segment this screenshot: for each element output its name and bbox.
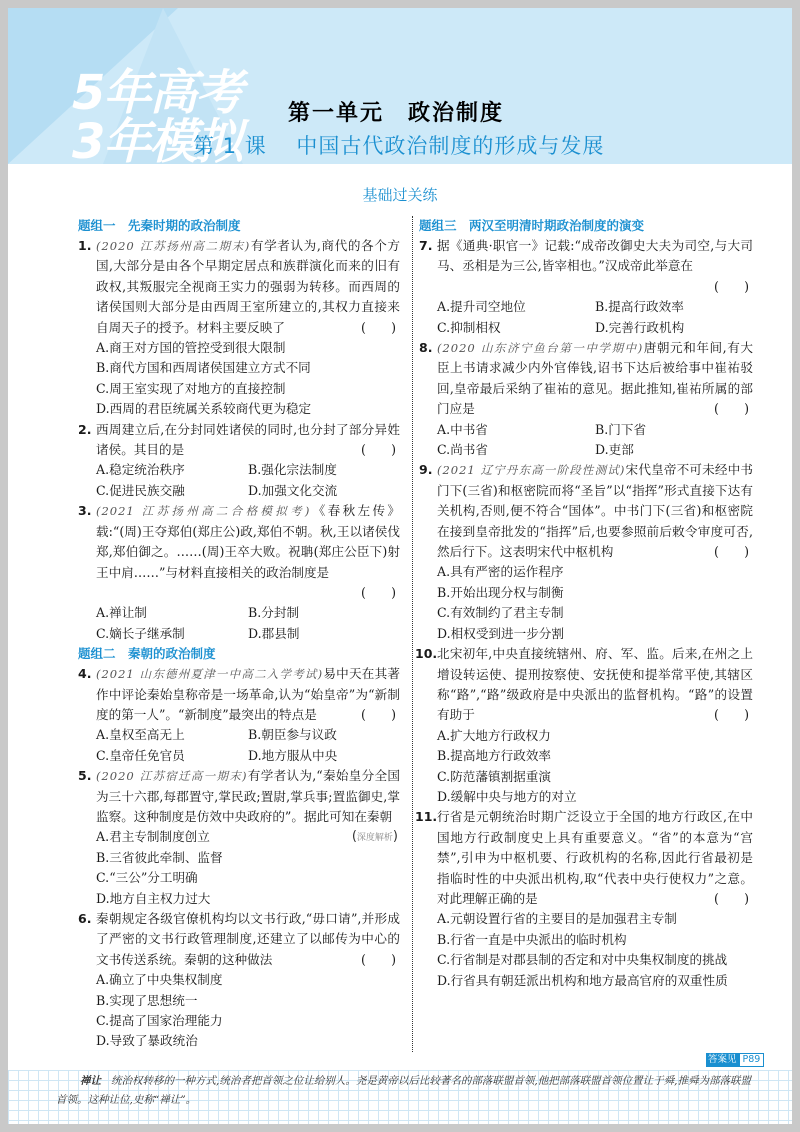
question-stem: 行省是元朝统治时期广泛设立于全国的地方行政区,在中国地方行政制度史上具有重要意义… [437,809,753,906]
option-d: D.缓解中央与地方的对立 [437,787,753,807]
option-d: D.西周的君臣统属关系较商代更为稳定 [96,399,400,419]
header-banner: 5年高考 3年模拟 第一单元 政治制度 第 1 课 中国古代政治制度的形成与发展 [8,8,792,164]
option-a: A.皇权至高无上 [96,725,248,745]
lesson-name: 中国古代政治制度的形成与发展 [296,134,604,158]
option-b: B.提高行政效率 [595,297,753,317]
logo-line-2: 3年模拟 [72,123,202,164]
question-6: 6. 秦朝规定各级官僚机构均以文书行政,“毋口请”,并形成了严密的文书行政管理制… [82,909,400,1052]
option-d: D.地方服从中央 [248,746,400,766]
question-stem: 秦朝规定各级官僚机构均以文书行政,“毋口请”,并形成了严密的文书行政管理制度,还… [96,911,400,967]
answer-bracket: ( ) [361,950,400,970]
option-b: B.行省一直是中央派出的临时机构 [437,930,753,950]
answer-bracket: ( ) [714,889,753,909]
option-d: D.吏部 [595,440,753,460]
answer-bracket: ( ) [437,277,753,297]
answer-label: 答案见 [706,1053,739,1067]
option-d: D.完善行政机构 [595,318,753,338]
footnote-text: 统治权转移的一种方式,统治者把首领之位让给别人。尧是黄帝以后比较著名的部落联盟首… [56,1075,751,1106]
question-source: (2021 辽宁丹东高一阶段性测试) [437,463,625,477]
option-d: D.郡县制 [248,624,400,644]
answer-reference[interactable]: 答案见 P89 [706,1053,764,1067]
question-7: 7. 据《通典·职官一》记载:“成帝改御史大夫为司空,与大司马、丞相是为三公,皆… [423,236,753,338]
right-column: 题组三 两汉至明清时期政治制度的演变 7. 据《通典·职官一》记载:“成帝改御史… [423,216,753,991]
option-b: B.实现了思想统一 [96,991,400,1011]
option-a: A.中书省 [437,420,595,440]
option-b: B.商代方国和西周诸侯国建立方式不同 [96,358,400,378]
question-8: 8. (2020 山东济宁鱼台第一中学期中)唐朝元和年间,有大臣上书请求减少内外… [423,338,753,460]
option-c: C.提高了国家治理能力 [96,1011,400,1031]
option-b: B.朝臣参与议政 [248,725,400,745]
option-b: B.开始出现分权与制衡 [437,583,753,603]
group-title: 题组一 先秦时期的政治制度 [78,216,400,236]
option-c: C.防范藩镇割据重演 [437,767,753,787]
option-b: B.提高地方行政效率 [437,746,753,766]
option-d: D.行省具有朝廷派出机构和地方最高官府的双重性质 [437,971,753,991]
option-c: C.行省制是对郡县制的否定和对中央集权制度的挑战 [437,950,753,970]
unit-title: 第一单元 政治制度 [288,96,504,127]
option-a: A.提升司空地位 [437,297,595,317]
option-a: A.扩大地方行政权力 [437,726,753,746]
option-a: A.禅让制 [96,603,248,623]
question-10: 10. 北宋初年,中央直接统辖州、府、军、监。后来,在州之上增设转运使、提刑按察… [423,644,753,807]
option-c: C.尚书省 [437,440,595,460]
option-c: C.周王室实现了对地方的直接控制 [96,379,400,399]
left-column: 题组一 先秦时期的政治制度 1. (2020 江苏扬州高二期末)有学者认为,商代… [82,216,400,1052]
option-c: C.抑制相权 [437,318,595,338]
option-c: C.嫡长子继承制 [96,624,248,644]
option-c: C.促进民族交融 [96,481,248,501]
option-a: A.商王对方国的管控受到很大限制 [96,338,400,358]
option-b: B.分封制 [248,603,400,623]
option-a: A.确立了中央集权制度 [96,970,400,990]
answer-bracket: ( ) [714,705,753,725]
brand-logo: 5年高考 3年模拟 [72,74,202,164]
option-b: B.强化宗法制度 [248,460,400,480]
option-a: A.元朝设置行省的主要目的是加强君主专制 [437,909,753,929]
option-b: B.门下省 [595,420,753,440]
question-stem: 据《通典·职官一》记载:“成帝改御史大夫为司空,与大司马、丞相是为三公,皆宰相也… [437,238,753,273]
question-11: 11. 行省是元朝统治时期广泛设立于全国的地方行政区,在中国地方行政制度史上具有… [423,807,753,991]
answer-bracket: ( ) [714,542,753,562]
option-d: D.相权受到进一步分割 [437,624,753,644]
question-source: (2020 江苏宿迁高一期末) [96,769,248,783]
question-5: 5. (2020 江苏宿迁高一期末)有学者认为,“秦始皇分全国为三十六郡,每郡置… [82,766,400,909]
textbook-page: 5年高考 3年模拟 第一单元 政治制度 第 1 课 中国古代政治制度的形成与发展… [8,8,792,1124]
question-1: 1. (2020 江苏扬州高二期末)有学者认为,商代的各个方国,大部分是由各个早… [82,236,400,420]
footnote-box: 禅让统治权转移的一种方式,统治者把首领之位让给别人。尧是黄帝以后比较著名的部落联… [8,1070,792,1124]
option-d: D.地方自主权力过大 [96,889,400,909]
option-d: D.加强文化交流 [248,481,400,501]
lesson-title: 第 1 课 中国古代政治制度的形成与发展 [193,130,604,160]
question-source: (2020 江苏扬州高二期末) [96,239,250,253]
answer-bracket: ( ) [361,440,400,460]
question-source: (2021 江苏扬州高二合格模拟考) [96,504,310,518]
answer-page: P89 [739,1053,765,1067]
question-4: 4. (2021 山东德州夏津一中高二入学考试)易中天在其著作中评论秦始皇称帝是… [82,664,400,766]
answer-bracket: ( ) [361,318,400,338]
deep-analysis-tag[interactable]: (深度解析) [352,827,400,848]
question-stem: 北宋初年,中央直接统辖州、府、军、监。后来,在州之上增设转运使、提刑按察使、安抚… [437,646,753,722]
group-title: 题组三 两汉至明清时期政治制度的演变 [419,216,753,236]
option-a: A.具有严密的运作程序 [437,562,753,582]
section-title: 基础过关练 [8,184,792,205]
question-2: 2. 西周建立后,在分封同姓诸侯的同时,也分封了部分异姓诸侯。其目的是( ) A… [82,420,400,502]
option-a: A.稳定统治秩序 [96,460,248,480]
option-c: C.“三公”分工明确 [96,868,400,888]
answer-bracket: ( ) [714,399,753,419]
question-3: 3. (2021 江苏扬州高二合格模拟考)《春秋左传》载:“(周)王夺郑伯(郑庄… [82,501,400,644]
answer-bracket: ( ) [361,705,400,725]
option-b: B.三省彼此牵制、监督 [96,848,400,868]
question-source: (2020 山东济宁鱼台第一中学期中) [437,341,643,355]
option-d: D.导致了暴政统治 [96,1031,400,1051]
question-9: 9. (2021 辽宁丹东高一阶段性测试)宋代皇帝不可未经中书门下(三省)和枢密… [423,460,753,644]
option-c: C.有效制约了君主专制 [437,603,753,623]
question-source: (2021 山东德州夏津一中高二入学考试) [96,667,323,681]
column-divider [412,216,413,1052]
group-title: 题组二 秦朝的政治制度 [78,644,400,664]
answer-bracket: ( ) [96,583,400,603]
option-c: C.皇帝任免官员 [96,746,248,766]
lesson-label: 第 1 课 [193,134,267,158]
footnote-term: 禅让 [80,1075,101,1087]
question-stem: 西周建立后,在分封同姓诸侯的同时,也分封了部分异姓诸侯。其目的是 [96,422,400,457]
